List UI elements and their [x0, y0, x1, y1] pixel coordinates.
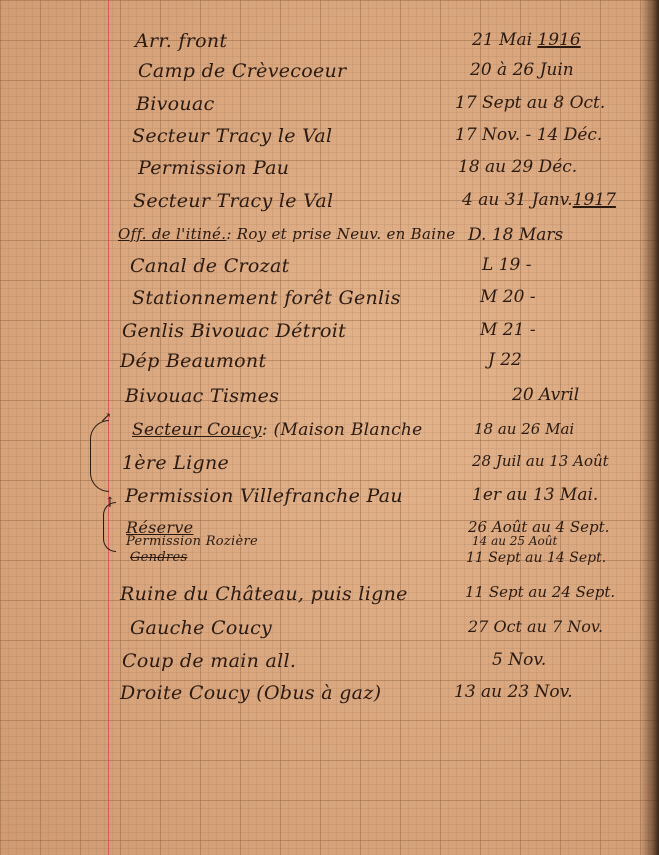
entry-row: Droite Coucy (Obus à gaz) 13 au 23 Nov.: [0, 682, 659, 712]
entry-date: 18 au 26 Mai: [474, 420, 574, 438]
entry-date: M 20 -: [480, 287, 536, 307]
entry-row: Off. de l'itiné.: Roy et prise Neuv. en …: [0, 225, 659, 255]
entry-date: D. 18 Mars: [468, 225, 563, 245]
entry-date: 27 Oct au 7 Nov.: [468, 617, 603, 636]
entry-row: Permission Pau 18 au 29 Déc.: [0, 157, 659, 187]
entry-row: Bivouac 17 Sept au 8 Oct.: [0, 93, 659, 123]
entry-place: Bivouac Tismes: [125, 385, 279, 407]
entry-year: 1916: [537, 30, 580, 50]
entry-place: Ruine du Château, puis ligne: [120, 583, 408, 605]
entry-place-prefix: Off. de l'itiné.: [118, 225, 226, 243]
entry-date: 17 Sept au 8 Oct.: [455, 93, 605, 113]
entry-place: Secteur Coucy: (Maison Blanche: [132, 420, 423, 440]
entry-place: Dép Beaumont: [120, 350, 266, 372]
entry-place: Canal de Crozat: [130, 255, 290, 277]
entry-row: Coup de main all. 5 Nov.: [0, 650, 659, 680]
entry-place: Bivouac: [136, 93, 215, 115]
entry-row: Secteur Tracy le Val 17 Nov. - 14 Déc.: [0, 125, 659, 155]
entry-date: 17 Nov. - 14 Déc.: [455, 125, 602, 145]
entry-place: Permission Villefranche Pau: [125, 485, 403, 507]
entry-place: 1ère Ligne: [122, 452, 229, 474]
entry-row: Bivouac Tismes 20 Avril: [0, 385, 659, 415]
entry-date: 13 au 23 Nov.: [454, 682, 573, 702]
entry-row: Canal de Crozat L 19 -: [0, 255, 659, 285]
entry-year: 1917: [573, 190, 616, 210]
entry-place: Coup de main all.: [122, 650, 296, 672]
entry-row: Genlis Bivouac Détroit M 21 -: [0, 320, 659, 350]
entry-row: Gendres 11 Sept au 14 Sept.: [0, 550, 659, 580]
entry-date: 11 Sept au 14 Sept.: [466, 550, 606, 566]
entry-date: L 19 -: [482, 255, 531, 275]
entry-place: Gauche Coucy: [130, 617, 272, 639]
entry-date: J 22: [488, 350, 522, 370]
entry-place-prefix: Secteur Coucy: [132, 420, 262, 440]
entry-date: 21 Mai 1916: [472, 30, 581, 50]
entry-row: 1ère Ligne 28 Juil au 13 Août: [0, 452, 659, 482]
entry-place: Secteur Tracy le Val: [132, 125, 332, 147]
entry-date: 11 Sept au 24 Sept.: [465, 583, 615, 601]
entry-row: Secteur Tracy le Val 4 au 31 Janv.1917: [0, 190, 659, 220]
entry-place: Droite Coucy (Obus à gaz): [120, 682, 381, 704]
entry-place: Genlis Bivouac Détroit: [122, 320, 346, 342]
entry-date: 1er au 13 Mai.: [472, 485, 598, 505]
entry-date: 28 Juil au 13 Août: [472, 452, 609, 470]
entry-date: M 21 -: [480, 320, 536, 340]
entry-place: Off. de l'itiné.: Roy et prise Neuv. en …: [118, 225, 456, 243]
entry-date: 18 au 29 Déc.: [458, 157, 577, 177]
entry-date: 14 au 25 Août: [472, 534, 557, 548]
entry-place-struck: Gendres: [130, 550, 187, 565]
entry-place: Permission Rozière: [126, 534, 258, 549]
entry-place: Camp de Crèvecoeur: [138, 60, 346, 82]
entry-row: Permission Villefranche Pau 1er au 13 Ma…: [0, 485, 659, 515]
entry-date: 20 à 26 Juin: [470, 60, 574, 80]
entry-row: Ruine du Château, puis ligne 11 Sept au …: [0, 583, 659, 613]
entry-place: Permission Pau: [138, 157, 289, 179]
entry-place: Arr. front: [135, 30, 227, 52]
entry-row: Camp de Crèvecoeur 20 à 26 Juin: [0, 60, 659, 90]
entry-row: Stationnement forêt Genlis M 20 -: [0, 287, 659, 317]
entry-place: Stationnement forêt Genlis: [132, 287, 401, 309]
entry-row: Dép Beaumont J 22: [0, 350, 659, 380]
entry-place: Secteur Tracy le Val: [133, 190, 333, 212]
entry-row: Arr. front 21 Mai 1916: [0, 30, 659, 60]
entry-row: Gauche Coucy 27 Oct au 7 Nov.: [0, 617, 659, 647]
entry-date: 20 Avril: [512, 385, 579, 405]
entry-date: 5 Nov.: [492, 650, 546, 670]
notebook-page: Arr. front 21 Mai 1916 Camp de Crèvecoeu…: [0, 0, 659, 855]
entry-row: Secteur Coucy: (Maison Blanche 18 au 26 …: [0, 420, 659, 450]
entry-date: 4 au 31 Janv.1917: [462, 190, 616, 210]
